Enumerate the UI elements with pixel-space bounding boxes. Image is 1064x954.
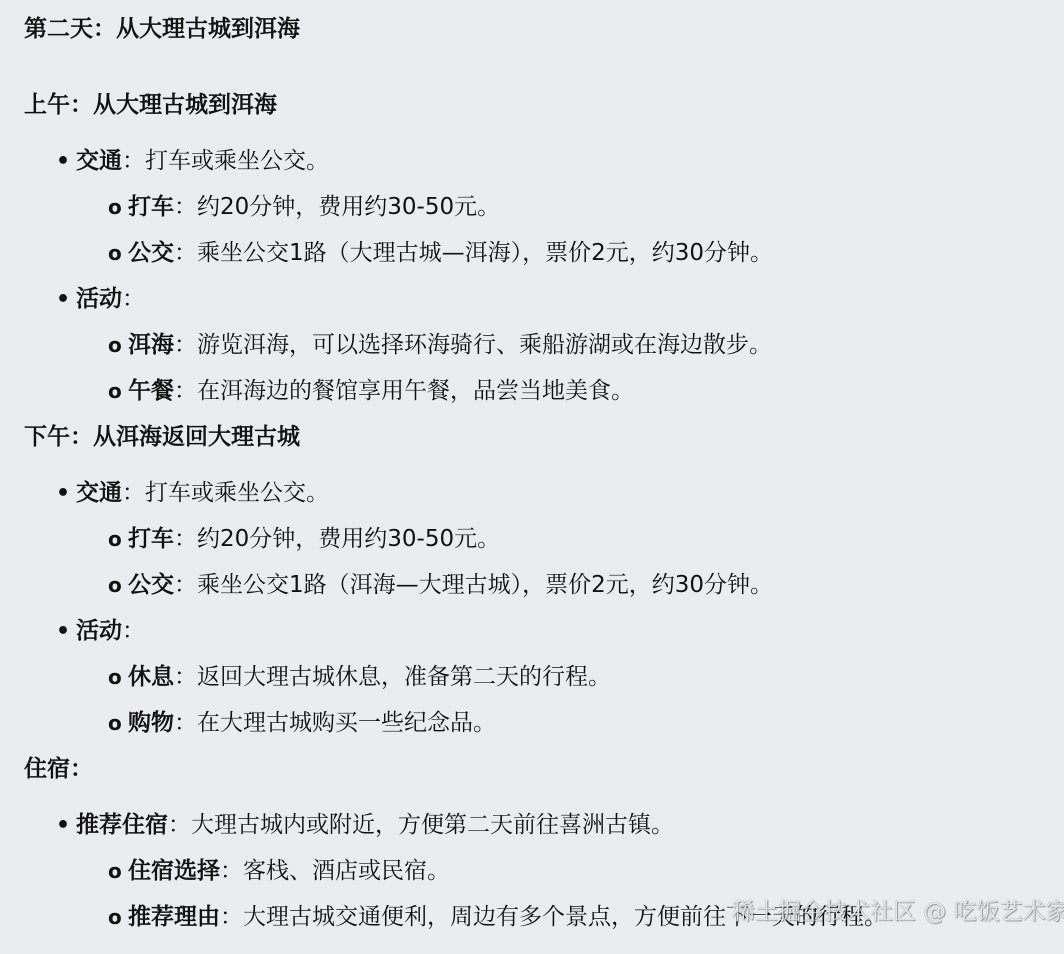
section-heading-afternoon: 下午：从洱海返回大理古城 xyxy=(24,422,300,452)
list-item: •推荐住宿：大理古城内或附近，方便第二天前往喜洲古镇。 xyxy=(56,810,674,841)
bullet-icon: • xyxy=(56,811,76,841)
circle-bullet-icon: o xyxy=(108,856,128,886)
circle-bullet-icon: o xyxy=(108,570,128,600)
section-heading-accommodation: 住宿： xyxy=(24,754,93,784)
bullet-icon: • xyxy=(56,479,76,509)
bullet-icon: • xyxy=(56,285,76,315)
list-subitem: o打车：约20分钟，费用约30-50元。 xyxy=(108,192,500,222)
circle-bullet-icon: o xyxy=(108,524,128,554)
circle-bullet-icon: o xyxy=(108,708,128,738)
list-subitem: o午餐：在洱海边的餐馆享用午餐，品尝当地美食。 xyxy=(108,376,634,406)
day-title: 第二天：从大理古城到洱海 xyxy=(24,14,300,44)
list-item: •活动： xyxy=(56,284,145,315)
list-subitem: o购物：在大理古城购买一些纪念品。 xyxy=(108,708,496,738)
list-subitem: o打车：约20分钟，费用约30-50元。 xyxy=(108,524,500,554)
list-subitem: o休息：返回大理古城休息，准备第二天的行程。 xyxy=(108,662,611,692)
circle-bullet-icon: o xyxy=(108,376,128,406)
list-item: •交通：打车或乘坐公交。 xyxy=(56,146,329,177)
circle-bullet-icon: o xyxy=(108,238,128,268)
list-item: •交通：打车或乘坐公交。 xyxy=(56,478,329,509)
section-heading-morning: 上午：从大理古城到洱海 xyxy=(24,90,277,120)
list-subitem: o住宿选择：客栈、酒店或民宿。 xyxy=(108,856,450,886)
list-subitem: o公交：乘坐公交1路（大理古城—洱海），票价2元，约30分钟。 xyxy=(108,238,773,268)
list-subitem: o公交：乘坐公交1路（洱海—大理古城），票价2元，约30分钟。 xyxy=(108,570,773,600)
circle-bullet-icon: o xyxy=(108,902,128,932)
bullet-icon: • xyxy=(56,617,76,647)
circle-bullet-icon: o xyxy=(108,192,128,222)
list-subitem: o洱海：游览洱海，可以选择环海骑行、乘船游湖或在海边散步。 xyxy=(108,330,772,360)
list-item: •活动： xyxy=(56,616,145,647)
bullet-icon: • xyxy=(56,147,76,177)
circle-bullet-icon: o xyxy=(108,662,128,692)
watermark: 稀土掘金技术社区 @ 吃饭艺术家 xyxy=(732,897,1064,927)
circle-bullet-icon: o xyxy=(108,330,128,360)
